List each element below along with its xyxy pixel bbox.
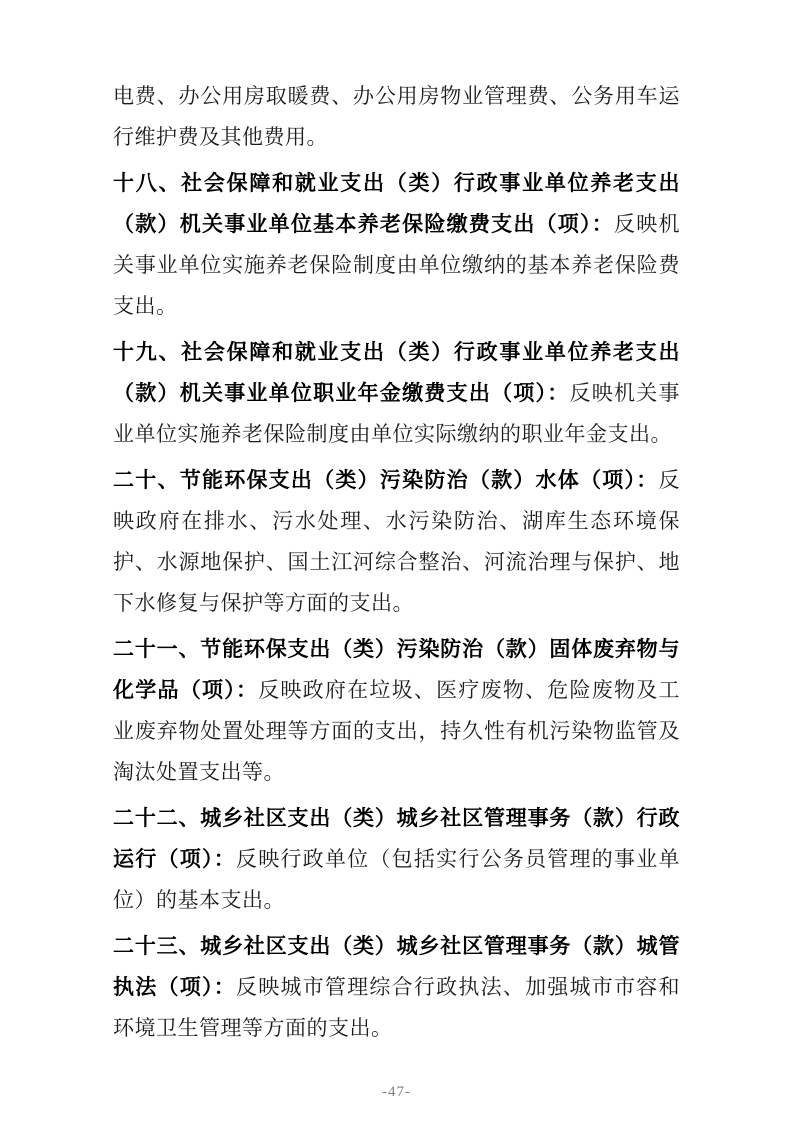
- paragraph: 二十二、城乡社区支出（类）城乡社区管理事务（款）行政运行（项）：反映行政单位（包…: [113, 798, 680, 921]
- paragraph: 十九、社会保障和就业支出（类）行政事业单位养老支出（款）机关事业单位职业年金缴费…: [113, 332, 680, 455]
- paragraph: 电费、办公用房取暖费、办公用房物业管理费、公务用车运行维护费及其他费用。: [113, 76, 680, 158]
- document-body: 电费、办公用房取暖费、办公用房物业管理费、公务用车运行维护费及其他费用。十八、社…: [113, 76, 680, 1054]
- document-page: 电费、办公用房取暖费、办公用房物业管理费、公务用车运行维护费及其他费用。十八、社…: [0, 0, 793, 1122]
- paragraph: 十八、社会保障和就业支出（类）行政事业单位养老支出（款）机关事业单位基本养老保险…: [113, 163, 680, 327]
- paragraph: 二十一、节能环保支出（类）污染防治（款）固体废弃物与化学品（项）：反映政府在垃圾…: [113, 629, 680, 793]
- section-body-text: 电费、办公用房取暖费、办公用房物业管理费、公务用车运行维护费及其他费用。: [113, 84, 680, 149]
- section-heading-text: 十八、社会保障和就业支出（类）行政事业单位养老支出（款）机关事业单位基本养老保险…: [113, 172, 680, 236]
- paragraph: 二十、节能环保支出（类）污染防治（款）水体（项）：反映政府在排水、污水处理、水污…: [113, 460, 680, 624]
- section-heading-text: 二十、节能环保支出（类）污染防治（款）水体（项）：: [113, 469, 659, 492]
- page-number: -47-: [0, 1084, 793, 1101]
- paragraph: 二十三、城乡社区支出（类）城乡社区管理事务（款）城管执法（项）：反映城市管理综合…: [113, 926, 680, 1049]
